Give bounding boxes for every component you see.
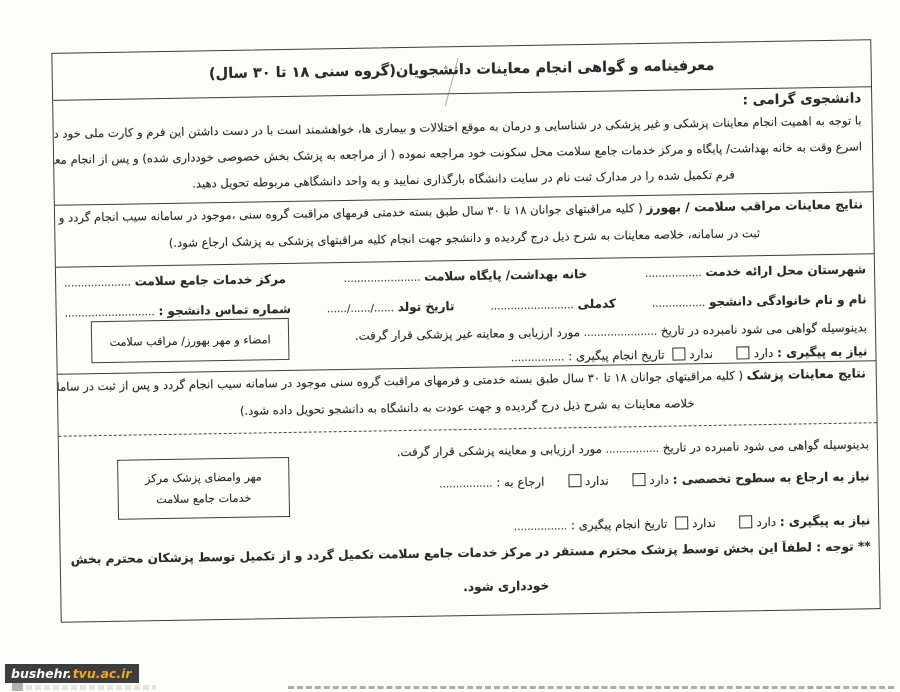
doctor-certificate-line: بدینوسیله گواهی می شود نامبرده در تاریخ … [299, 437, 869, 460]
doctor-followup-no-checkbox [675, 516, 688, 529]
doctor-intro-rest: ( کلیه مراقبتهای جوانان ۱۸ تا ۳۰ سال طبق… [58, 368, 747, 394]
doctor-cert-section: بدینوسیله گواهی می شود نامبرده در تاریخ … [59, 423, 880, 622]
doctor-stamp-box: مهر وامضای پزشک مرکز خدمات جامع سلامت [117, 457, 290, 520]
birth-date-label: تاریخ تولد [398, 299, 455, 314]
caretaker-followup-yes-checkbox [737, 346, 750, 359]
doctor-followup-no-label: ندارد [692, 516, 716, 530]
birth-date-blank: ....../....../...... [327, 302, 394, 315]
referral-no-label: ندارد [585, 474, 609, 488]
scan-bottom-edge-artifact [288, 686, 894, 689]
doctor-followup-yes-checkbox [739, 515, 752, 528]
attention-note-line-2: خودداری شود. [463, 579, 549, 594]
watermark-accent-part: tvu.ac.ir [73, 666, 132, 681]
doctor-intro-lead: نتایج معاینات پزشک [747, 366, 866, 382]
doctor-followup-label: نیاز به پیگیری : [780, 513, 871, 528]
watermark-bold-part: bushehr. [11, 666, 72, 681]
photo-caption-artifact [12, 683, 156, 691]
national-id-label: کدملی [577, 297, 616, 312]
scanned-document-page: معرفینامه و گواهی انجام معاینات دانشجویا… [0, 0, 900, 692]
field-national-id: کدملی ......................... [490, 297, 616, 313]
attention-note-line-1: ** توجه : لطفاً این بخش توسط پزشک محترم … [69, 539, 871, 566]
doctor-stamp-line-1: مهر وامضای پزشک مرکز [145, 466, 262, 489]
field-phone: شماره تماس دانشجو : ....................… [65, 302, 292, 320]
caretaker-cert-suffix: مورد ارزیابی و معاینه غیر پزشکی قرار گرف… [355, 325, 580, 343]
health-center-blank: .................... [64, 277, 131, 290]
referral-label: نیاز به ارجاع به سطوح تخصصی : [673, 469, 870, 486]
doctor-followup-row: نیاز به پیگیری : دارد ندارد تاریخ انجام … [514, 513, 871, 533]
health-center-label: مرکز خدمات جامع سلامت [135, 272, 286, 289]
caretaker-followup-no-label: ندارد [689, 347, 713, 361]
caretaker-cert-prefix: بدینوسیله گواهی می شود نامبرده در تاریخ [661, 320, 867, 337]
caretaker-followup-no-checkbox [672, 347, 685, 360]
fields-and-caretaker-cert-section: شهرستان محل ارائه خدمت .................… [56, 254, 876, 375]
national-id-blank: ......................... [490, 299, 574, 312]
fields-row-2: نام و نام خانوادگی دانشجو ..............… [65, 292, 867, 319]
doctor-followup-date-label: تاریخ انجام پیگیری : [571, 517, 668, 533]
phone-label: شماره تماس دانشجو : [158, 302, 291, 318]
referral-yes-label: دارد [649, 473, 669, 487]
doctor-cert-suffix: مورد ارزیابی و معاینه پزشکی قرار گرفت. [397, 442, 602, 459]
caretaker-followup-yes-label: دارد [754, 346, 774, 360]
referral-to-blank: ................ [439, 478, 493, 491]
caretaker-followup-date-blank: ................ [511, 351, 565, 364]
health-house-label: خانه بهداشت/ پایگاه سلامت [424, 267, 587, 284]
doctor-stamp-line-2: خدمات جامع سلامت [156, 488, 251, 511]
caretaker-intro-lead: نتایج معاینات مراقب سلامت / بهورز [646, 197, 863, 215]
caretaker-intro-rest: ( کلیه مراقبتهای جوانان ۱۸ تا ۳۰ سال طبق… [55, 201, 647, 225]
referral-yes-checkbox [632, 473, 645, 486]
referral-to-label: ارجاع به : [496, 475, 544, 490]
camera-icon [12, 683, 23, 691]
referral-no-checkbox [568, 474, 581, 487]
student-name-blank: ................ [652, 297, 706, 310]
field-health-center: مرکز خدمات جامع سلامت ..................… [64, 272, 286, 290]
service-city-blank: ................. [645, 267, 702, 280]
medical-exam-form: معرفینامه و گواهی انجام معاینات دانشجویا… [51, 39, 880, 623]
field-health-house: خانه بهداشت/ پایگاه سلامت ..............… [344, 267, 588, 285]
doctor-cert-prefix: بدینوسیله گواهی می شود نامبرده در تاریخ [663, 437, 869, 454]
greeting-section: دانشجوی گرامی : با توجه به اهمیت انجام م… [53, 87, 873, 206]
caretaker-stamp-label: امضاء و مهر بهورز/ مراقب سلامت [109, 333, 270, 349]
student-name-label: نام و نام خانوادگی دانشجو [709, 292, 867, 309]
health-house-blank: ....................... [344, 272, 421, 285]
fields-row-1: شهرستان محل ارائه خدمت .................… [64, 262, 866, 289]
referral-row: نیاز به ارجاع به سطوح تخصصی : دارد ندارد… [439, 469, 870, 490]
field-service-city: شهرستان محل ارائه خدمت ................. [645, 262, 866, 280]
doctor-followup-date-blank: ................ [514, 520, 568, 533]
service-city-label: شهرستان محل ارائه خدمت [705, 262, 866, 279]
caretaker-followup-date-label: تاریخ انجام پیگیری : [568, 348, 665, 364]
caretaker-certificate-line: بدینوسیله گواهی می شود نامبرده در تاریخ … [309, 320, 867, 343]
caretaker-cert-date-blank: ...................... [584, 326, 658, 339]
doctor-followup-yes-label: دارد [756, 515, 776, 529]
site-watermark: bushehr.tvu.ac.ir [5, 664, 139, 683]
doctor-cert-date-blank: ................ [606, 443, 660, 456]
caretaker-followup-label: نیاز به پیگیری : [777, 344, 868, 359]
phone-blank: ........................... [65, 306, 155, 319]
field-birth-date: تاریخ تولد ....../....../...... [327, 299, 455, 315]
field-student-name: نام و نام خانوادگی دانشجو ..............… [652, 292, 867, 310]
caption-text-artifact [26, 685, 156, 690]
caretaker-stamp-box: امضاء و مهر بهورز/ مراقب سلامت [91, 318, 290, 363]
